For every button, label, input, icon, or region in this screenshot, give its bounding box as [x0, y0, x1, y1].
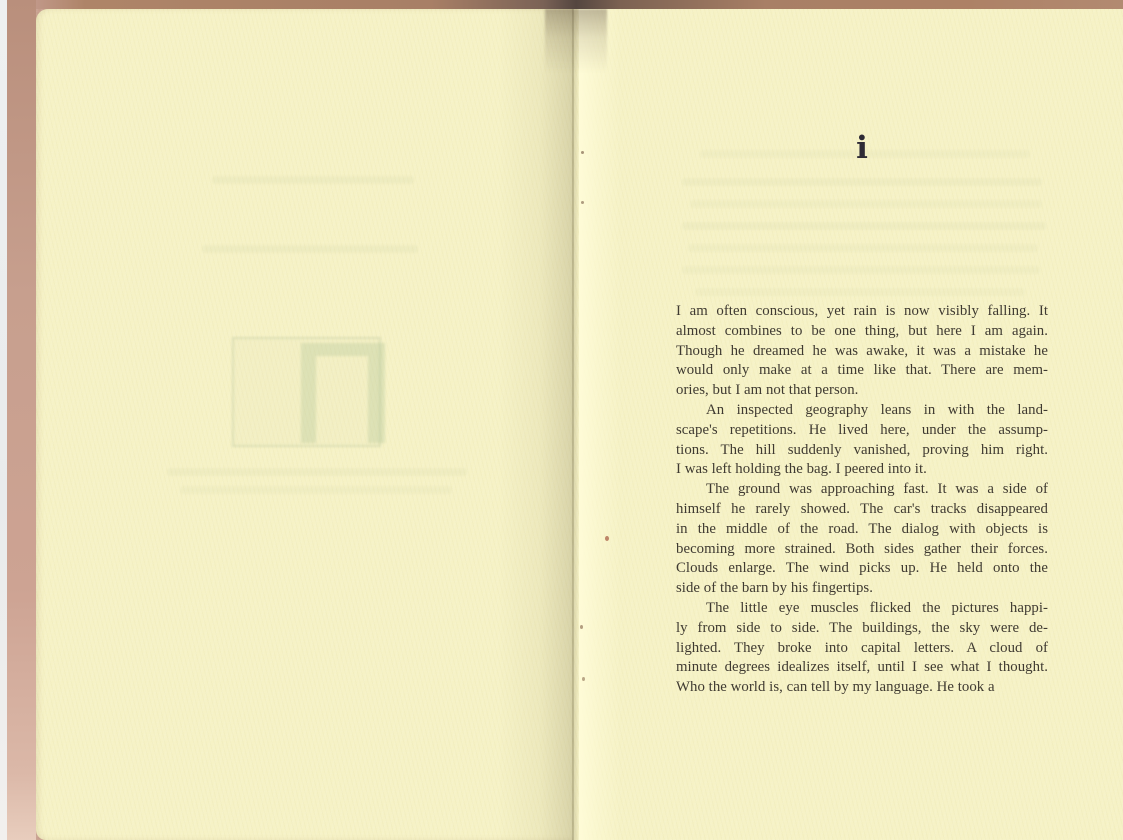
right-page-text-column: i I am often conscious, yet rain is now …	[676, 128, 1048, 698]
text-block: I am often conscious, yet rain is now vi…	[676, 302, 1048, 698]
text-line: himself he rarely showed. The car's trac…	[676, 500, 1048, 520]
text-line: lighted. They broke into capital letters…	[676, 639, 1048, 659]
gutter-shadow	[498, 9, 574, 840]
text-line: Clouds enlarge. The wind picks up. He he…	[676, 559, 1048, 579]
paragraph: The ground was approaching fast. It was …	[676, 480, 1048, 599]
binding-speck	[581, 201, 584, 204]
gutter-fold-line	[572, 9, 579, 840]
paragraph: I am often conscious, yet rain is now vi…	[676, 302, 1048, 401]
text-line: becoming more strained. Both sides gathe…	[676, 540, 1048, 560]
text-line: The ground was approaching fast. It was …	[676, 480, 1048, 500]
binding-speck	[580, 625, 583, 629]
text-line: The little eye muscles flicked the pictu…	[676, 599, 1048, 619]
text-line: scape's repetitions. He lived here, unde…	[676, 421, 1048, 441]
text-line: Though he dreamed he was awake, it was a…	[676, 342, 1048, 362]
text-line: side of the barn by his fingertips.	[676, 579, 1048, 599]
text-line: I was left holding the bag. I peered int…	[676, 460, 1048, 480]
text-line: An inspected geography leans in with the…	[676, 401, 1048, 421]
text-line: in the middle of the road. The dialog wi…	[676, 520, 1048, 540]
text-line: tions. The hill suddenly vanished, provi…	[676, 441, 1048, 461]
binding-speck	[581, 151, 584, 154]
text-line: minute degrees idealizes itself, until I…	[676, 658, 1048, 678]
paragraph: An inspected geography leans in with the…	[676, 401, 1048, 480]
text-line: ories, but I am not that person.	[676, 381, 1048, 401]
text-line: Who the world is, can tell by my languag…	[676, 678, 1048, 698]
left-page-blank	[36, 9, 573, 840]
gutter-highlight	[579, 9, 621, 840]
book-top-edge	[7, 0, 1123, 9]
binding-speck	[582, 677, 585, 681]
text-line: would only make at a time like that. The…	[676, 361, 1048, 381]
binding-speck	[605, 536, 609, 541]
text-line: almost combines to be one thing, but her…	[676, 322, 1048, 342]
paragraph: The little eye muscles flicked the pictu…	[676, 599, 1048, 698]
text-line: ly from side to side. The buildings, the…	[676, 619, 1048, 639]
book-cover-edge	[7, 0, 36, 840]
text-line: I am often conscious, yet rain is now vi…	[676, 302, 1048, 322]
chapter-number-heading: i	[676, 128, 1048, 168]
gutter-top-shadow	[545, 9, 607, 73]
scanner-edge	[0, 0, 7, 840]
open-book-scan: i I am often conscious, yet rain is now …	[0, 0, 1123, 840]
